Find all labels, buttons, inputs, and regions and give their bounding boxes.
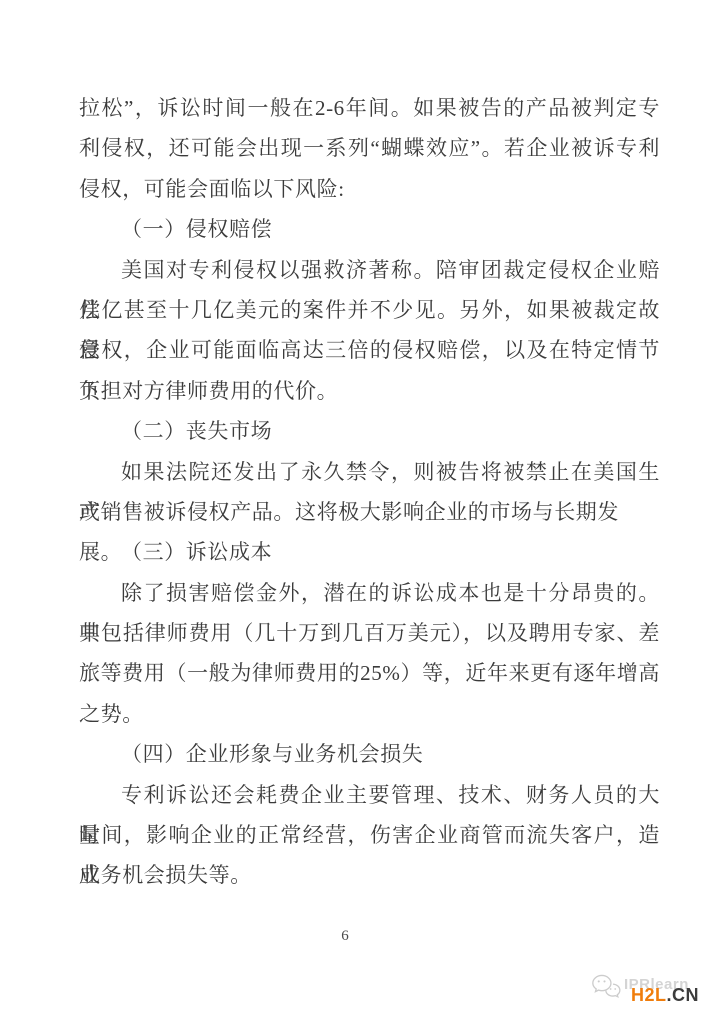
text-line: 业务机会损失等。	[79, 855, 660, 895]
text-line: 时间，影响企业的正常经营，伤害企业商管而流失客户，造成	[79, 815, 660, 855]
text-line: 专利诉讼还会耗费企业主要管理、技术、财务人员的大量	[79, 775, 660, 815]
body-text: 拉松”，诉讼时间一般在2-6年间。如果被告的产品被判定专 利侵权，还可能会出现一…	[79, 88, 660, 896]
text-line: 利侵权，还可能会出现一系列“蝴蝶效应”。若企业被诉专利	[79, 128, 660, 168]
text-line: 除了损害赔偿金外，潜在的诉讼成本也是十分昂贵的。其	[79, 573, 660, 613]
section-heading: （二）丧失市场	[79, 411, 660, 451]
page-number: 6	[0, 928, 690, 945]
text-line: 侵权，企业可能面临高达三倍的侵权赔偿，以及在特定情节下	[79, 330, 660, 370]
text-line: 如果法院还发出了永久禁令，则被告将被禁止在美国生产	[79, 452, 660, 492]
text-line: 几亿甚至十几亿美元的案件并不少见。另外，如果被裁定故意	[79, 290, 660, 330]
text-line: 旅等费用（一般为律师费用的25%）等，近年来更有逐年增高	[79, 653, 660, 693]
text-line: 负担对方律师费用的代价。	[79, 371, 660, 411]
wechat-icon	[591, 973, 621, 1001]
section-heading: （四）企业形象与业务机会损失	[79, 734, 660, 774]
text-line: 之势。	[79, 694, 660, 734]
text-line: 或销售被诉侵权产品。这将极大影响企业的市场与长期发展。	[79, 492, 660, 532]
watermark-brand-suffix: .CN	[667, 985, 700, 1005]
watermark: IPRlearn H2L.CN	[585, 965, 720, 1018]
text-line: 拉松”，诉讼时间一般在2-6年间。如果被告的产品被判定专	[79, 88, 660, 128]
section-heading: （三）诉讼成本	[79, 532, 660, 572]
watermark-brand-name: H2L	[631, 985, 667, 1005]
document-page: 拉松”，诉讼时间一般在2-6年间。如果被告的产品被判定专 利侵权，还可能会出现一…	[0, 0, 720, 1018]
watermark-brand: H2L.CN	[631, 985, 699, 1006]
text-line: 侵权，可能会面临以下风险:	[79, 169, 660, 209]
text-line: 美国对专利侵权以强救济著称。陪审团裁定侵权企业赔偿	[79, 250, 660, 290]
section-heading: （一）侵权赔偿	[79, 209, 660, 249]
text-line: 中包括律师费用（几十万到几百万美元），以及聘用专家、差	[79, 613, 660, 653]
